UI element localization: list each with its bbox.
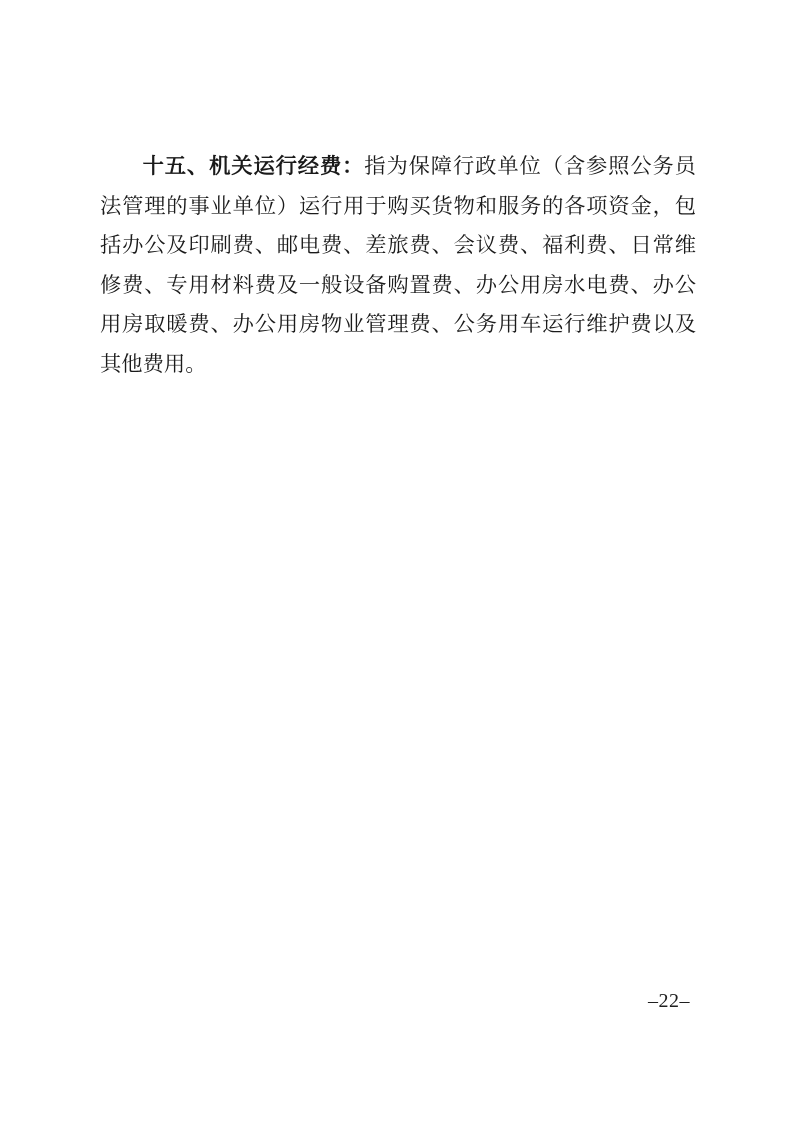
document-body: 十五、机关运行经费：指为保障行政单位（含参照公务员法管理的事业单位）运行用于购买… [100, 147, 696, 385]
paragraph-body-text: 指为保障行政单位（含参照公务员法管理的事业单位）运行用于购买货物和服务的各项资金… [100, 154, 696, 376]
document-page: 十五、机关运行经费：指为保障行政单位（含参照公务员法管理的事业单位）运行用于购买… [0, 0, 793, 1122]
page-number: –22– [648, 990, 690, 1013]
paragraph-heading: 十五、机关运行经费： [143, 154, 365, 178]
paragraph: 十五、机关运行经费：指为保障行政单位（含参照公务员法管理的事业单位）运行用于购买… [100, 147, 696, 385]
